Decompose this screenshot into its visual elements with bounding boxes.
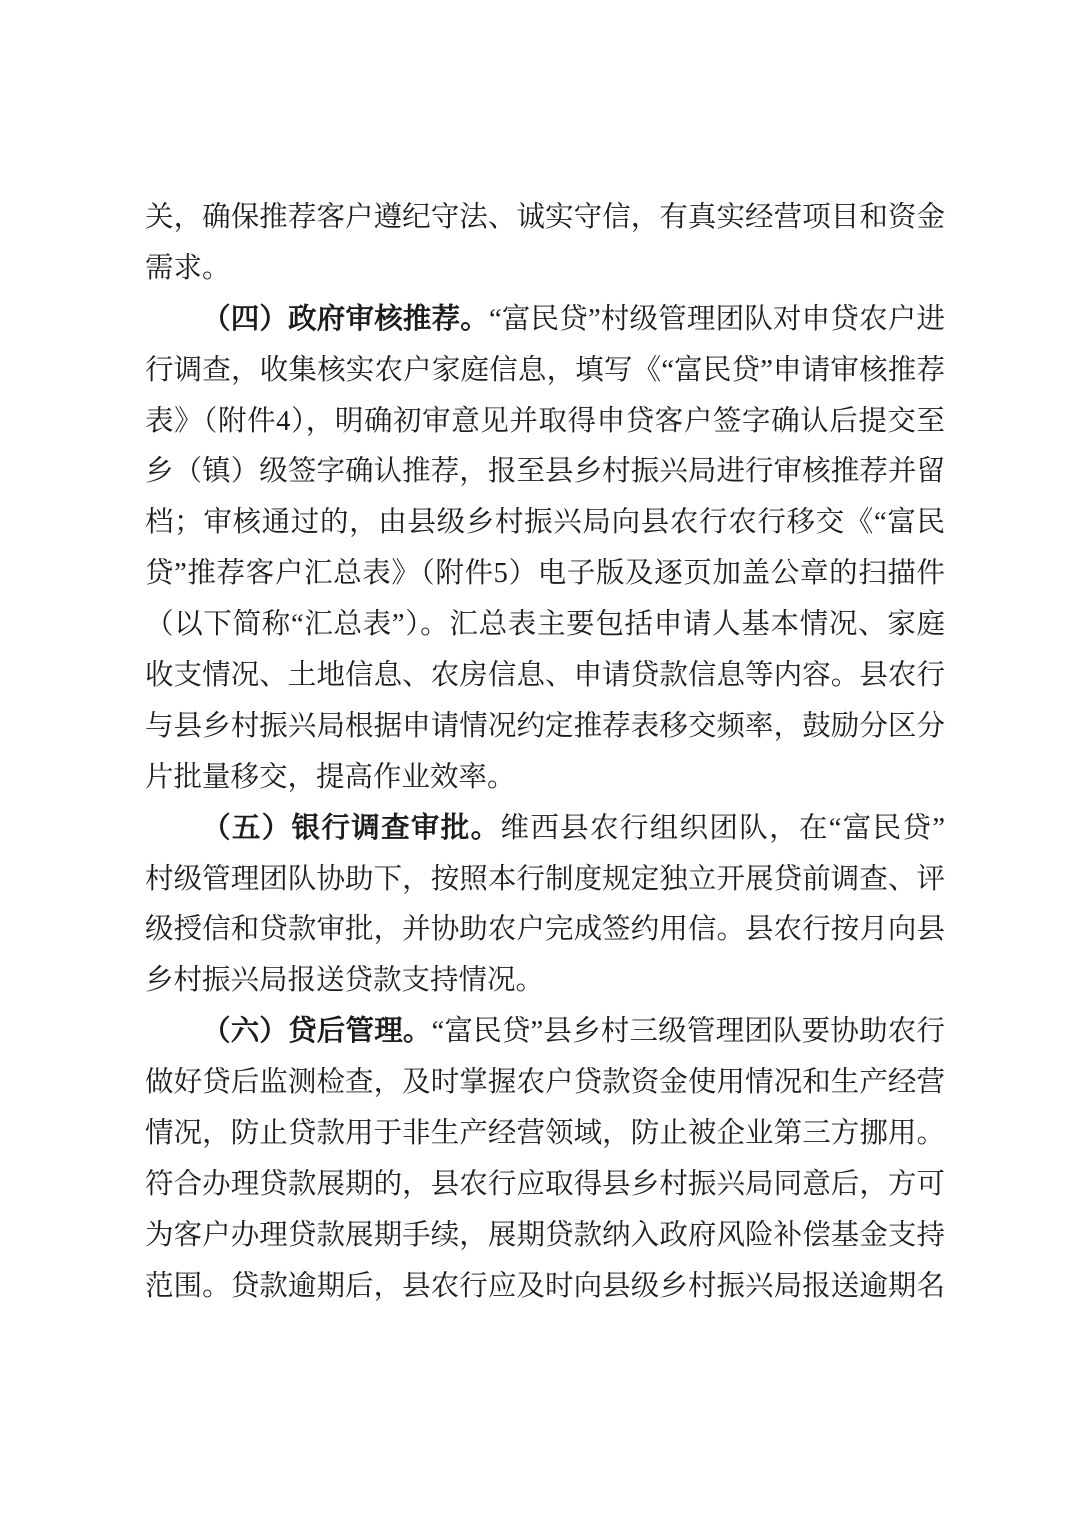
text-line: 关，确保推荐客户遵纪守法、诚实守信，有真实经营项目和资金 xyxy=(145,193,945,244)
section-heading: （四）政府审核推荐。 xyxy=(202,304,489,335)
line-text: 需求。 xyxy=(145,253,231,284)
line-text: （以下简称“汇总表”）。汇总表主要包括申请人基本情况、家庭 xyxy=(145,609,945,640)
text-line: 与县乡村振兴局根据申请情况约定推荐表移交频率，鼓励分区分 xyxy=(145,702,945,753)
text-line: 收支情况、土地信息、农房信息、申请贷款信息等内容。县农行 xyxy=(145,651,945,702)
section-heading: （六）贷后管理。 xyxy=(202,1016,432,1047)
text-line: 乡（镇）级签字确认推荐，报至县乡村振兴局进行审核推荐并留 xyxy=(145,447,945,498)
line-text: 维西县农行组织团队，在“富民贷” xyxy=(500,813,945,844)
text-line: （四）政府审核推荐。“富民贷”村级管理团队对申贷农户进 xyxy=(145,295,945,346)
text-line: （以下简称“汇总表”）。汇总表主要包括申请人基本情况、家庭 xyxy=(145,600,945,651)
text-line: 片批量移交，提高作业效率。 xyxy=(145,753,945,804)
line-text: 与县乡村振兴局根据申请情况约定推荐表移交频率，鼓励分区分 xyxy=(145,711,945,742)
document-text-block: 关，确保推荐客户遵纪守法、诚实守信，有真实经营项目和资金需求。（四）政府审核推荐… xyxy=(145,193,945,1313)
section-heading: （五）银行调查审批。 xyxy=(202,813,500,844)
line-text: 行调查，收集核实农户家庭信息，填写《“富民贷”申请审核推荐 xyxy=(145,355,945,386)
line-text: 表》（附件4），明确初审意见并取得申贷客户签字确认后提交至 xyxy=(145,406,945,437)
line-text: 片批量移交，提高作业效率。 xyxy=(145,762,516,793)
text-line: 范围。贷款逾期后，县农行应及时向县级乡村振兴局报送逾期名 xyxy=(145,1262,945,1313)
line-text: 收支情况、土地信息、农房信息、申请贷款信息等内容。县农行 xyxy=(145,660,945,691)
line-text: 村级管理团队协助下，按照本行制度规定独立开展贷前调查、评 xyxy=(145,864,945,895)
line-text: 为客户办理贷款展期手续，展期贷款纳入政府风险补偿基金支持 xyxy=(145,1220,945,1251)
line-text: 级授信和贷款审批，并协助农户完成签约用信。县农行按月向县 xyxy=(145,914,945,945)
text-line: 做好贷后监测检查，及时掌握农户贷款资金使用情况和生产经营 xyxy=(145,1058,945,1109)
line-text: 做好贷后监测检查，及时掌握农户贷款资金使用情况和生产经营 xyxy=(145,1067,945,1098)
text-line: 级授信和贷款审批，并协助农户完成签约用信。县农行按月向县 xyxy=(145,905,945,956)
line-text: 关，确保推荐客户遵纪守法、诚实守信，有真实经营项目和资金 xyxy=(145,202,945,233)
line-text: 情况，防止贷款用于非生产经营领域，防止被企业第三方挪用。 xyxy=(145,1118,945,1149)
line-text: 档；审核通过的，由县级乡村振兴局向县农行农行移交《“富民 xyxy=(145,507,945,538)
line-text: 贷”推荐客户汇总表》（附件5）电子版及逐页加盖公章的扫描件 xyxy=(145,558,945,589)
line-text: “富民贷”村级管理团队对申贷农户进 xyxy=(489,304,945,335)
text-line: 需求。 xyxy=(145,244,945,295)
text-line: 情况，防止贷款用于非生产经营领域，防止被企业第三方挪用。 xyxy=(145,1109,945,1160)
line-text: 范围。贷款逾期后，县农行应及时向县级乡村振兴局报送逾期名 xyxy=(145,1271,945,1302)
text-line: 为客户办理贷款展期手续，展期贷款纳入政府风险补偿基金支持 xyxy=(145,1211,945,1262)
text-line: 贷”推荐客户汇总表》（附件5）电子版及逐页加盖公章的扫描件 xyxy=(145,549,945,600)
text-line: （六）贷后管理。“富民贷”县乡村三级管理团队要协助农行 xyxy=(145,1007,945,1058)
document-page: 关，确保推荐客户遵纪守法、诚实守信，有真实经营项目和资金需求。（四）政府审核推荐… xyxy=(0,0,1080,1527)
line-text: 乡村振兴局报送贷款支持情况。 xyxy=(145,965,544,996)
line-text: 符合办理贷款展期的，县农行应取得县乡村振兴局同意后，方可 xyxy=(145,1169,945,1200)
line-text: 乡（镇）级签字确认推荐，报至县乡村振兴局进行审核推荐并留 xyxy=(145,456,945,487)
text-line: 档；审核通过的，由县级乡村振兴局向县农行农行移交《“富民 xyxy=(145,498,945,549)
text-line: 符合办理贷款展期的，县农行应取得县乡村振兴局同意后，方可 xyxy=(145,1160,945,1211)
text-line: 行调查，收集核实农户家庭信息，填写《“富民贷”申请审核推荐 xyxy=(145,346,945,397)
text-line: （五）银行调查审批。维西县农行组织团队，在“富民贷” xyxy=(145,804,945,855)
text-line: 村级管理团队协助下，按照本行制度规定独立开展贷前调查、评 xyxy=(145,855,945,906)
text-line: 表》（附件4），明确初审意见并取得申贷客户签字确认后提交至 xyxy=(145,397,945,448)
line-text: “富民贷”县乡村三级管理团队要协助农行 xyxy=(432,1016,945,1047)
text-line: 乡村振兴局报送贷款支持情况。 xyxy=(145,956,945,1007)
